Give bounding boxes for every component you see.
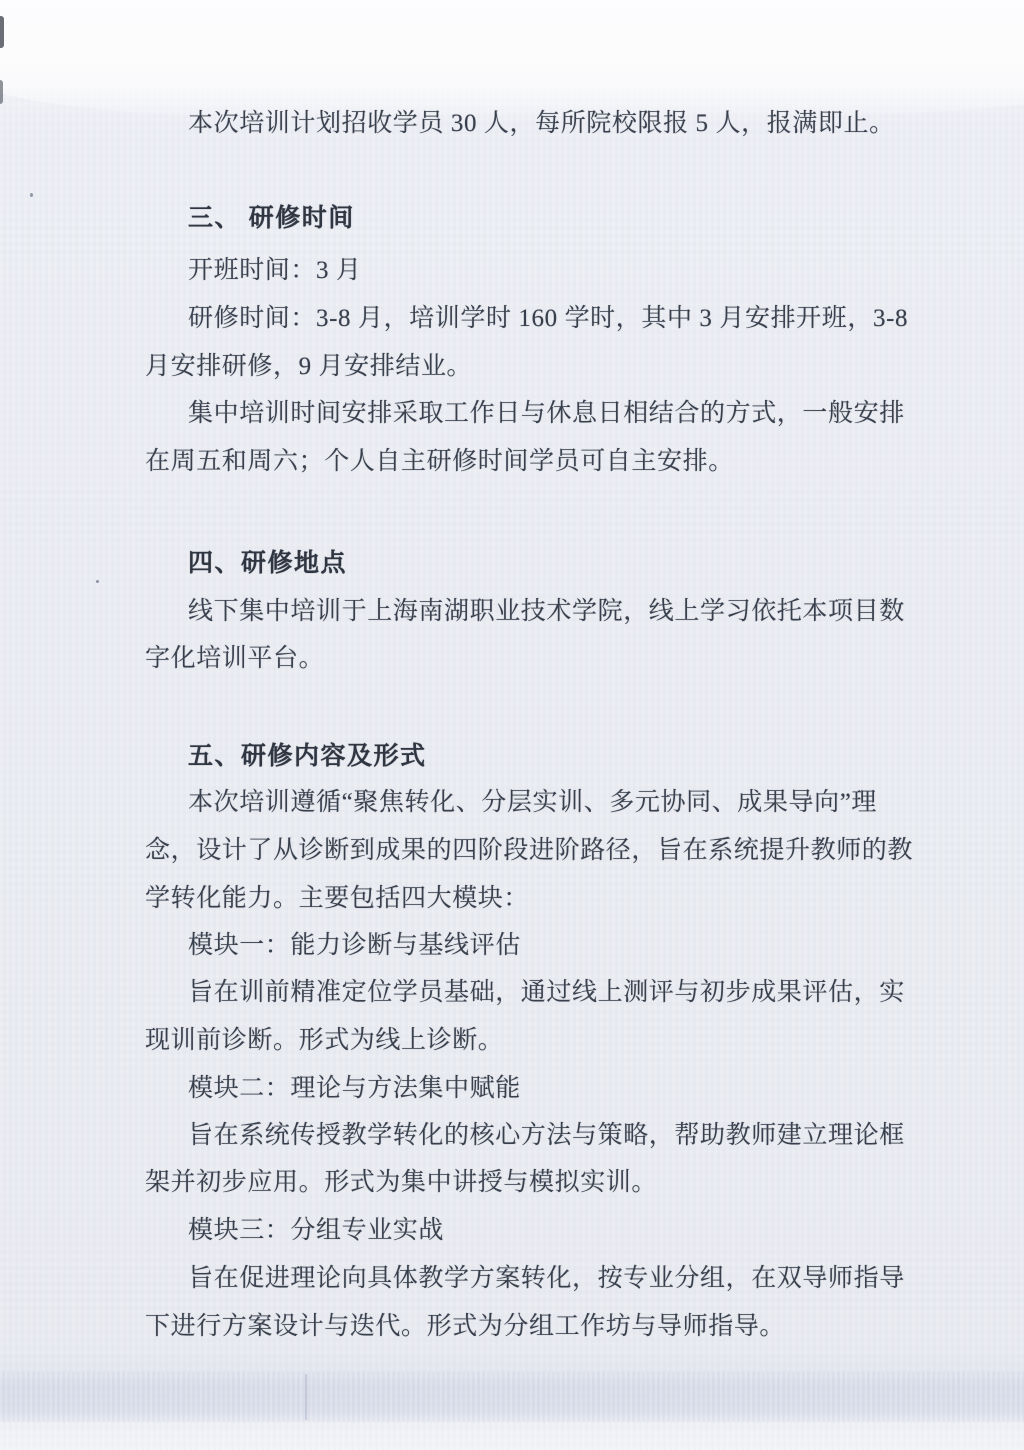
paragraph-line: 旨在训前精准定位学员基础，通过线上测评与初步成果评估，实 (188, 972, 905, 1008)
scan-fold-line (305, 1374, 307, 1420)
paragraph-line: 集中培训时间安排采取工作日与休息日相结合的方式，一般安排 (188, 393, 905, 429)
module-2-title-line: 模块二：理论与方法集中赋能 (188, 1068, 521, 1104)
paragraph-line: 在周五和周六；个人自主研修时间学员可自主安排。 (145, 441, 734, 477)
section-heading-4: 四、研修地点 (188, 543, 347, 579)
paragraph-line: 架并初步应用。形式为集中讲授与模拟实训。 (145, 1162, 657, 1198)
scan-speck (30, 193, 33, 197)
paragraph-line: 旨在促进理论向具体教学方案转化，按专业分组，在双导师指导 (188, 1258, 905, 1294)
section-heading-5: 五、研修内容及形式 (188, 736, 427, 772)
scan-speck (96, 580, 99, 583)
paragraph-line: 月安排研修，9 月安排结业。 (145, 346, 472, 382)
paragraph-line: 本次培训遵循“聚焦转化、分层实训、多元协同、成果导向”理 (188, 782, 877, 818)
scan-edge-mark (0, 80, 3, 104)
paragraph-line: 念，设计了从诊断到成果的四阶段进阶路径，旨在系统提升教师的教 (145, 830, 913, 866)
paragraph-line: 下进行方案设计与迭代。形式为分组工作坊与导师指导。 (145, 1306, 785, 1342)
paragraph-line: 本次培训计划招收学员 30 人，每所院校限报 5 人，报满即止。 (188, 103, 895, 139)
paragraph-line: 字化培训平台。 (145, 638, 324, 674)
module-1-title-line: 模块一：能力诊断与基线评估 (188, 925, 521, 961)
document-page: 本次培训计划招收学员 30 人，每所院校限报 5 人，报满即止。 三、 研修时间… (0, 0, 1024, 1450)
paragraph-line: 研修时间：3-8 月，培训学时 160 学时，其中 3 月安排开班，3-8 (188, 298, 908, 334)
scan-band-bottom (0, 1372, 1024, 1422)
paragraph-line: 学转化能力。主要包括四大模块： (145, 878, 529, 914)
module-3-title-line: 模块三：分组专业实战 (188, 1210, 444, 1246)
paragraph-line: 线下集中培训于上海南湖职业技术学院，线上学习依托本项目数 (188, 591, 905, 627)
paragraph-line: 旨在系统传授教学转化的核心方法与策略，帮助教师建立理论框 (188, 1115, 905, 1151)
scan-glare-top (0, 0, 1024, 120)
paragraph-line: 现训前诊断。形式为线上诊断。 (145, 1020, 503, 1056)
section-heading-3: 三、 研修时间 (188, 198, 355, 234)
paragraph-line: 开班时间：3 月 (188, 250, 362, 286)
scan-edge-mark (0, 16, 4, 48)
